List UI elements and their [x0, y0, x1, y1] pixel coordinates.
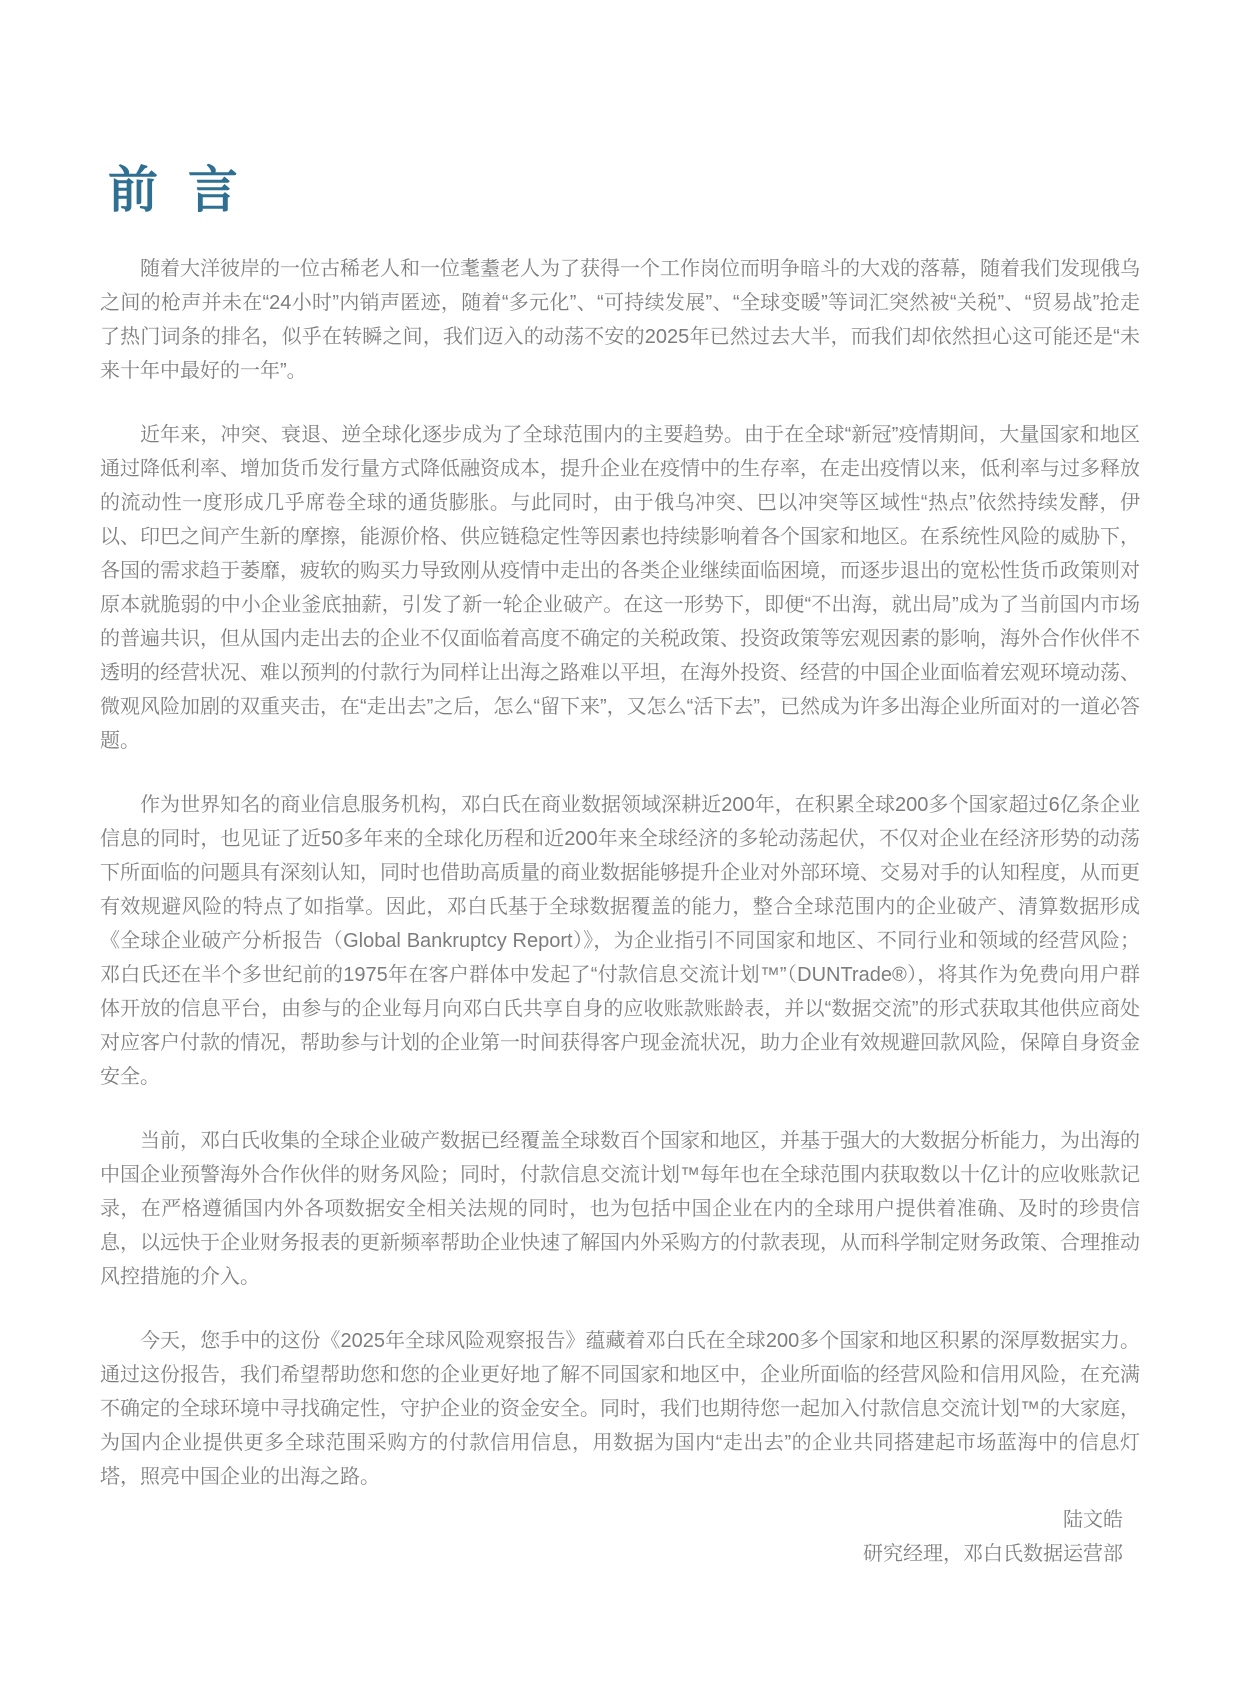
preface-paragraph-4: 当前，邓白氏收集的全球企业破产数据已经覆盖全球数百个国家和地区，并基于强大的大数…	[100, 1124, 1140, 1294]
preface-paragraph-5: 今天，您手中的这份《2025年全球风险观察报告》蕴藏着邓白氏在全球200多个国家…	[100, 1324, 1140, 1494]
signature-block: 陆文皓 研究经理，邓白氏数据运营部	[863, 1503, 1123, 1571]
author-name: 陆文皓	[863, 1503, 1123, 1537]
preface-paragraph-3: 作为世界知名的商业信息服务机构，邓白氏在商业数据领域深耕近200年，在积累全球2…	[100, 788, 1140, 1094]
page-title: 前 言	[108, 150, 246, 222]
preface-page: 前 言 随着大洋彼岸的一位古稀老人和一位耄耋老人为了获得一个工作岗位而明争暗斗的…	[0, 0, 1240, 1683]
author-role: 研究经理，邓白氏数据运营部	[863, 1537, 1123, 1571]
preface-paragraph-1: 随着大洋彼岸的一位古稀老人和一位耄耋老人为了获得一个工作岗位而明争暗斗的大戏的落…	[100, 252, 1140, 388]
preface-paragraph-2: 近年来，冲突、衰退、逆全球化逐步成为了全球范围内的主要趋势。由于在全球“新冠”疫…	[100, 418, 1140, 758]
preface-body: 随着大洋彼岸的一位古稀老人和一位耄耋老人为了获得一个工作岗位而明争暗斗的大戏的落…	[100, 252, 1140, 1524]
